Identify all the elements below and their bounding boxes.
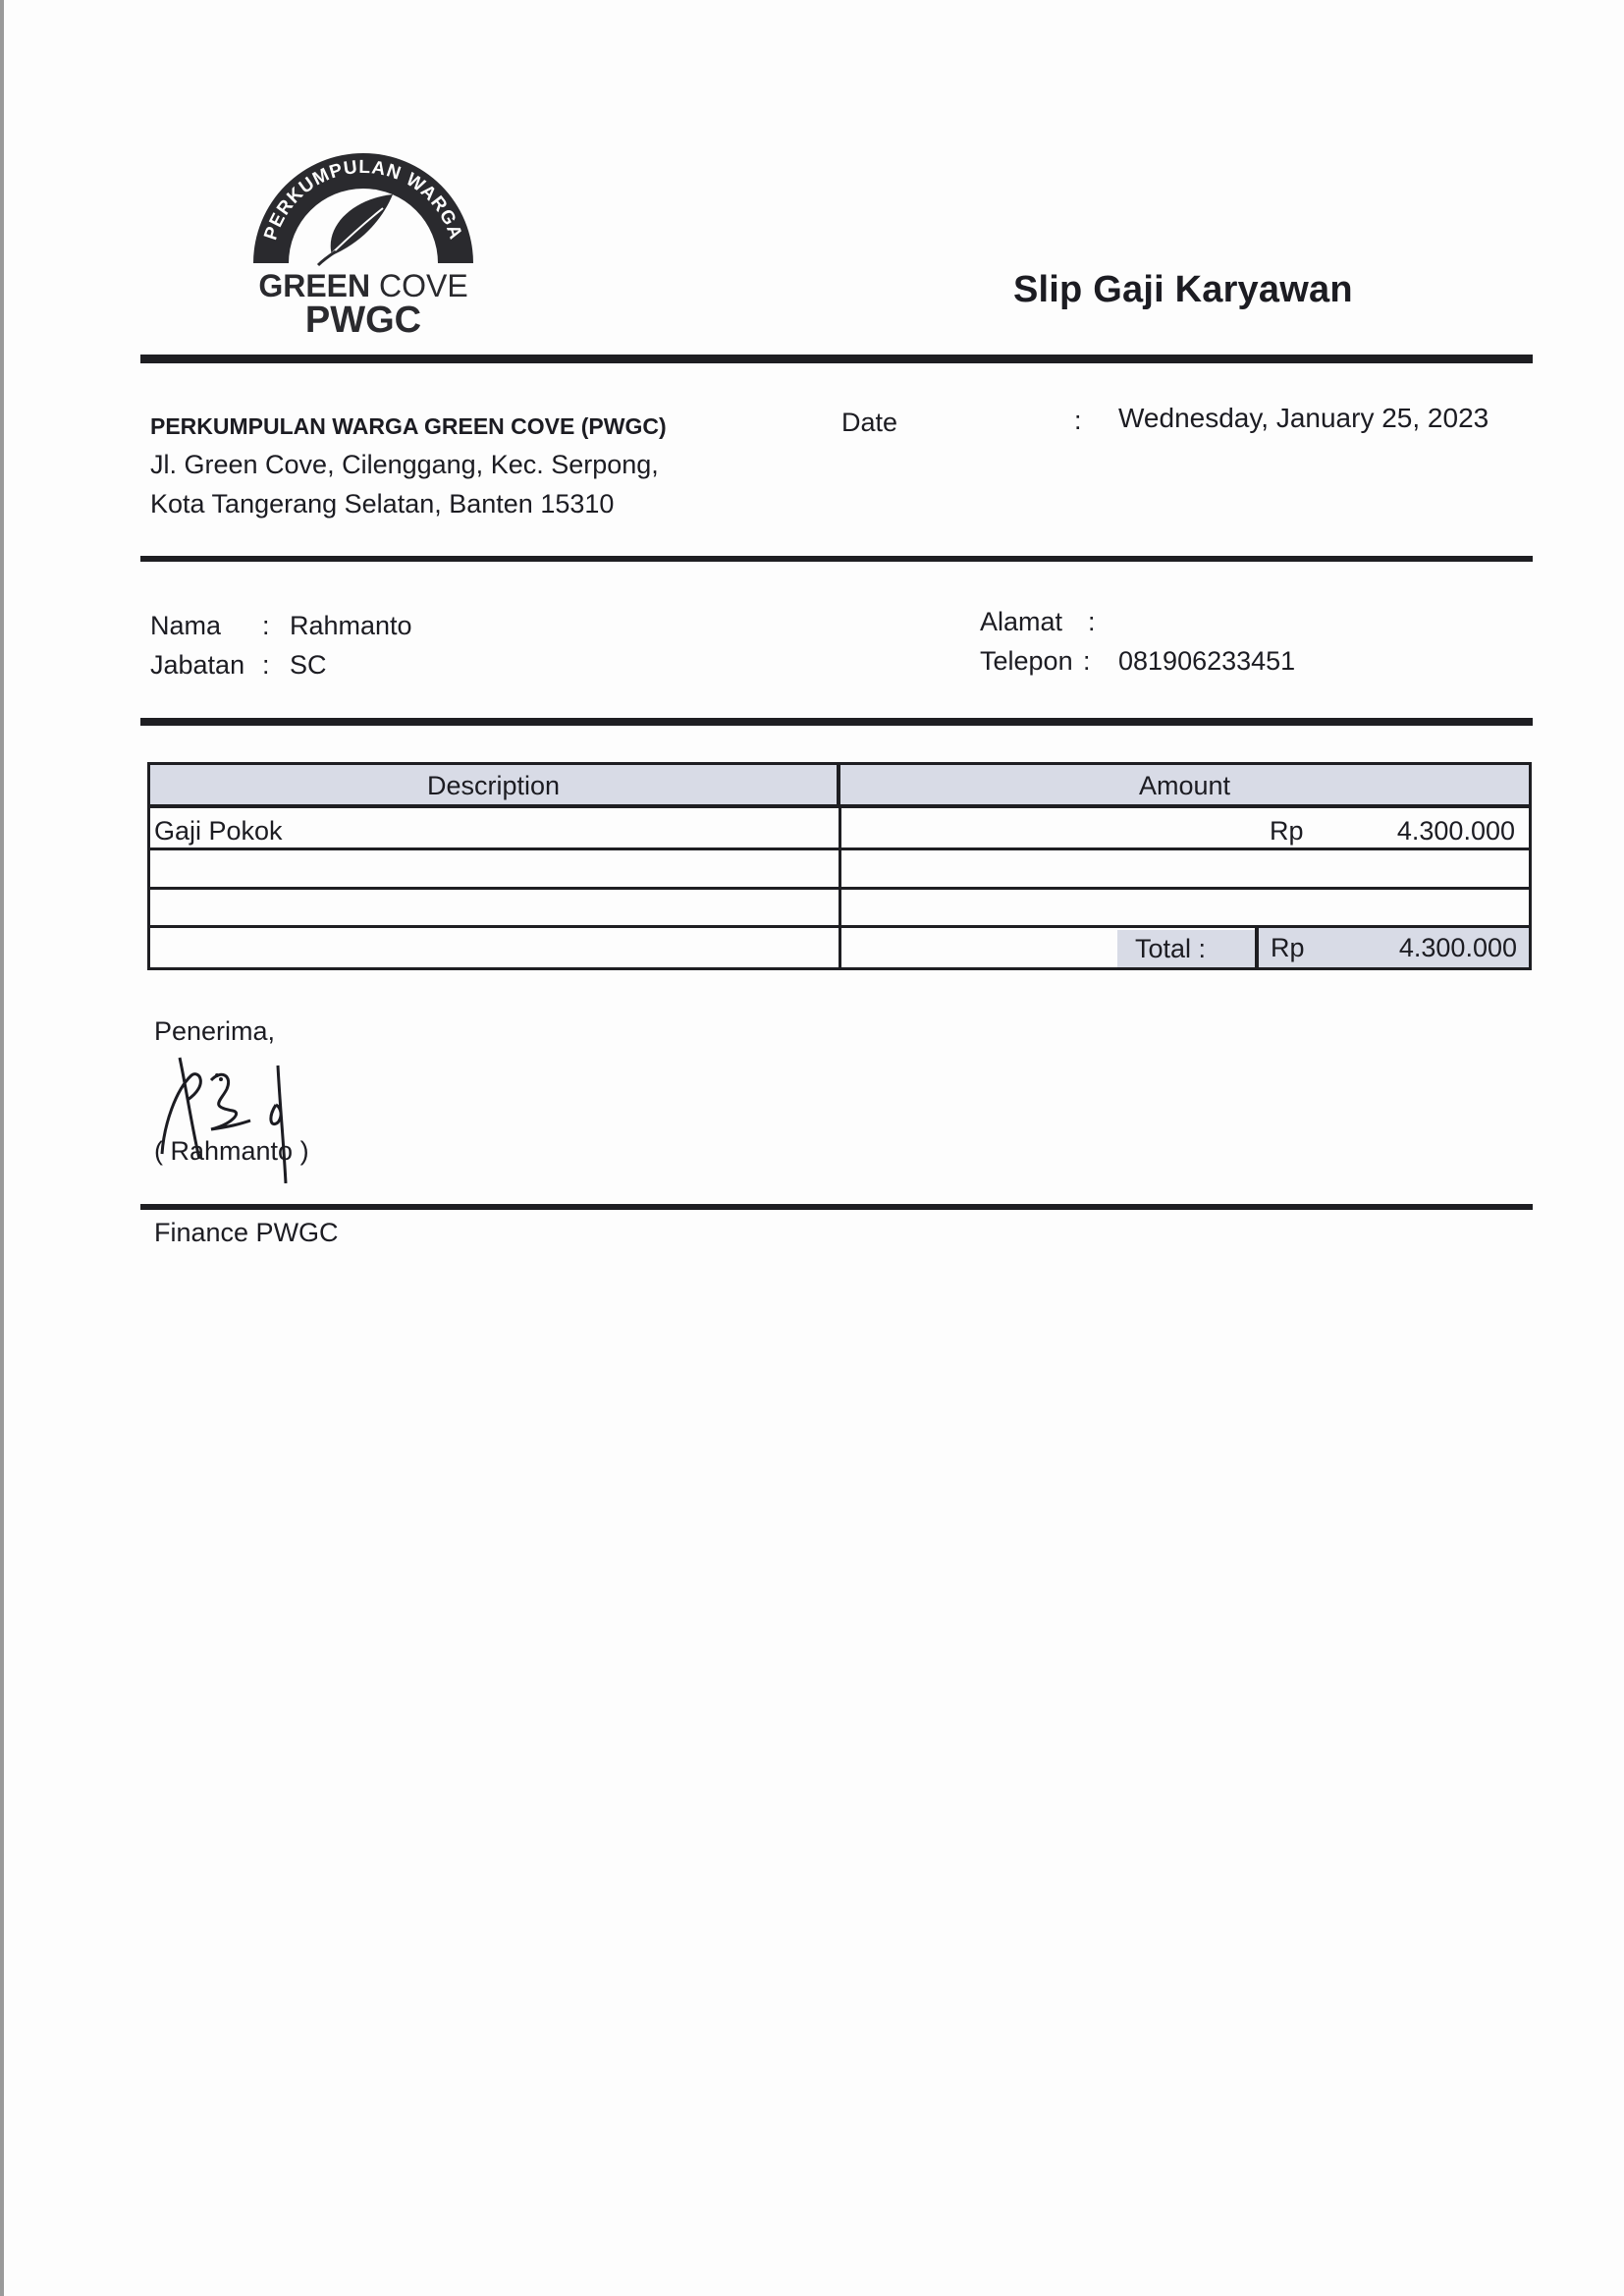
nama-colon: : bbox=[262, 611, 270, 641]
date-colon: : bbox=[1074, 406, 1082, 436]
footer-finance: Finance PWGC bbox=[154, 1218, 339, 1248]
scan-edge bbox=[0, 0, 4, 2296]
company-address-line2: Kota Tangerang Selatan, Banten 15310 bbox=[150, 489, 614, 519]
row-divider bbox=[150, 847, 1529, 850]
svg-text:PWGC: PWGC bbox=[305, 300, 421, 341]
date-label: Date bbox=[841, 408, 897, 438]
leaf-icon: PERKUMPULAN WARGA GREEN COVE PWGC bbox=[245, 147, 481, 344]
divider bbox=[140, 1204, 1533, 1210]
nama-value: Rahmanto bbox=[290, 611, 412, 641]
nama-label: Nama bbox=[150, 611, 221, 641]
signature-name: ( Rahmanto ) bbox=[154, 1136, 309, 1167]
alamat-label: Alamat bbox=[980, 607, 1062, 637]
jabatan-colon: : bbox=[262, 650, 270, 681]
telepon-colon: : bbox=[1083, 646, 1091, 677]
table-row-description: Gaji Pokok bbox=[154, 814, 283, 847]
table-row-currency: Rp bbox=[1270, 814, 1304, 847]
total-currency: Rp bbox=[1271, 928, 1305, 967]
total-label: Total : bbox=[1117, 930, 1206, 967]
date-value: Wednesday, January 25, 2023 bbox=[1118, 403, 1489, 434]
pwgc-logo: PERKUMPULAN WARGA GREEN COVE PWGC bbox=[245, 147, 481, 344]
salary-table: Description Amount Gaji Pokok Rp 4.300.0… bbox=[147, 762, 1532, 970]
divider bbox=[140, 718, 1533, 726]
jabatan-label: Jabatan bbox=[150, 650, 244, 681]
telepon-value: 081906233451 bbox=[1118, 646, 1295, 677]
total-value-cell: Rp 4.300.000 bbox=[1255, 928, 1529, 967]
signature-label: Penerima, bbox=[154, 1016, 275, 1047]
company-address-line1: Jl. Green Cove, Cilenggang, Kec. Serpong… bbox=[150, 450, 659, 480]
divider bbox=[140, 556, 1533, 562]
alamat-colon: : bbox=[1088, 607, 1096, 637]
company-name: PERKUMPULAN WARGA GREEN COVE (PWGC) bbox=[150, 413, 667, 440]
document-title: Slip Gaji Karyawan bbox=[1013, 269, 1353, 311]
divider bbox=[140, 355, 1533, 363]
svg-text:GREEN COVE: GREEN COVE bbox=[258, 268, 467, 303]
total-amount: 4.300.000 bbox=[1399, 928, 1517, 967]
telepon-label: Telepon bbox=[980, 646, 1073, 677]
row-divider bbox=[150, 887, 1529, 890]
header-description: Description bbox=[150, 765, 840, 808]
jabatan-value: SC bbox=[290, 650, 327, 681]
table-row-amount: 4.300.000 bbox=[1397, 814, 1515, 847]
header-amount: Amount bbox=[840, 765, 1529, 808]
